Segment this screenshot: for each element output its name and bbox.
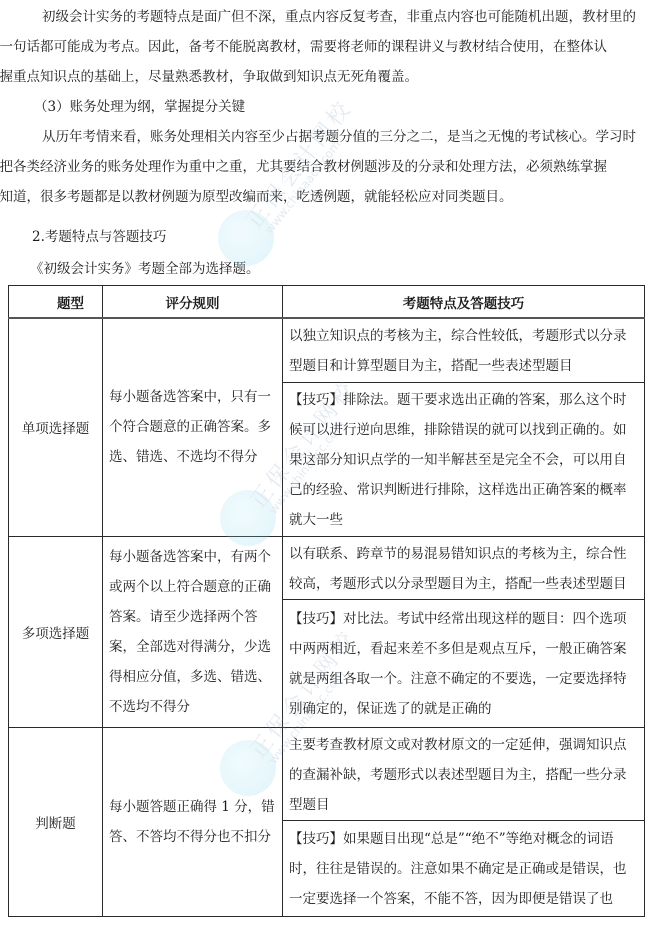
- tip-text: 【技巧】对比法。考试中经常出现这样的题目：四个选项中两两相近，看起来差不多但是观…: [289, 602, 638, 724]
- section-heading-exam-tips: 2.考题特点与答题技巧: [32, 222, 652, 252]
- cell-feature: 以独立知识点的考核为主，综合性较低，考题形式以分录型题目和计算型题目为主，搭配一…: [283, 318, 645, 382]
- cell-type: 单项选择题: [9, 318, 103, 536]
- paragraph-accounting: 从历年考情来看，账务处理相关内容至少占据考题分值的三分之二，是当之无愧的考试核心…: [14, 122, 652, 212]
- header-tips: 考题特点及答题技巧: [283, 286, 645, 319]
- tip-text: 【技巧】排除法。题干要求选出正确的答案，那么这个时候可以进行逆向思维，排除错误的…: [289, 383, 638, 535]
- header-rule: 评分规则: [103, 286, 283, 319]
- cell-rule: 每小题备选答案中，只有一个符合题意的正确答案。多选、错选、不选均不得分: [103, 318, 283, 536]
- paragraph-line: 要知道，很多考题都是以教材例题为原型改编而来，吃透例题，就能轻松应对同类题目。: [0, 182, 513, 212]
- paragraph-exam-features: 初级会计实务的考题特点是面广但不深，重点内容反复考查，非重点内容也可能随机出题，…: [14, 2, 652, 92]
- cell-feature: 以有联系、跨章节的易混易错知识点的考核为主，综合性较高，考题形式以分录型题目为主…: [283, 536, 645, 599]
- table-row: 多项选择题 每小题备选答案中，有两个或两个以上符合题意的正确答案。请至少选择两个…: [9, 536, 645, 599]
- feature-text: 以有联系、跨章节的易混易错知识点的考核为主，综合性较高，考题形式以分录型题目为主…: [289, 537, 638, 599]
- table-row: 判断题 每小题答题正确得 1 分，错答、不答均不得分也不扣分 主要考查教材原文或…: [9, 727, 645, 820]
- feature-text: 主要考查教材原文或对教材原文的一定延伸，强调知识点的查漏补缺，考题形式以表述型题…: [289, 728, 638, 820]
- cell-tip: 【技巧】如果题目出现“总是”“绝不”等绝对概念的词语时，往往是错误的。注意如果不…: [283, 820, 645, 916]
- cell-feature: 主要考查教材原文或对教材原文的一定延伸，强调知识点的查漏补缺，考题形式以表述型题…: [283, 727, 645, 820]
- table-row: 单项选择题 每小题备选答案中，只有一个符合题意的正确答案。多选、错选、不选均不得…: [9, 318, 645, 382]
- cell-rule: 每小题答题正确得 1 分，错答、不答均不得分也不扣分: [103, 727, 283, 916]
- paragraph-line: 掌握重点知识点的基础上，尽量熟悉教材，争取做到知识点无死角覆盖。: [0, 62, 418, 92]
- header-type: 题型: [9, 286, 103, 319]
- cell-type: 判断题: [9, 727, 103, 916]
- table-header-row: 题型 评分规则 考题特点及答题技巧: [9, 286, 645, 319]
- document-page: 初级会计实务的考题特点是面广但不深，重点内容反复考查，非重点内容也可能随机出题，…: [0, 0, 652, 926]
- section-heading-accounting: （3）账务处理为纲，掌握提分关键: [34, 92, 652, 122]
- cell-type: 多项选择题: [9, 536, 103, 727]
- cell-tip: 【技巧】对比法。考试中经常出现这样的题目：四个选项中两两相近，看起来差不多但是观…: [283, 599, 645, 727]
- paragraph-line: 要把各类经济业务的账务处理作为重中之重，尤其要结合教材例题涉及的分录和处理方法，…: [0, 152, 607, 182]
- table-intro: 《初级会计实务》考题全部为选择题。: [30, 254, 652, 284]
- tip-text: 【技巧】如果题目出现“总是”“绝不”等绝对概念的词语时，往往是错误的。注意如果不…: [289, 822, 638, 914]
- paragraph-line: 从历年考情来看，账务处理相关内容至少占据考题分值的三分之二，是当之无愧的考试核心…: [42, 129, 636, 145]
- cell-rule: 每小题备选答案中，有两个或两个以上符合题意的正确答案。请至少选择两个答案，全部选…: [103, 536, 283, 727]
- exam-type-table: 题型 评分规则 考题特点及答题技巧 单项选择题 每小题备选答案中，只有一个符合题…: [8, 285, 645, 917]
- paragraph-line: 初级会计实务的考题特点是面广但不深，重点内容反复考查，非重点内容也可能随机出题，…: [42, 9, 636, 25]
- paragraph-line: 每一句话都可能成为考点。因此，备考不能脱离教材，需要将老师的课程讲义与教材结合使…: [0, 32, 607, 62]
- cell-tip: 【技巧】排除法。题干要求选出正确的答案，那么这个时候可以进行逆向思维，排除错误的…: [283, 382, 645, 536]
- feature-text: 以独立知识点的考核为主，综合性较低，考题形式以分录型题目和计算型题目为主，搭配一…: [289, 319, 638, 381]
